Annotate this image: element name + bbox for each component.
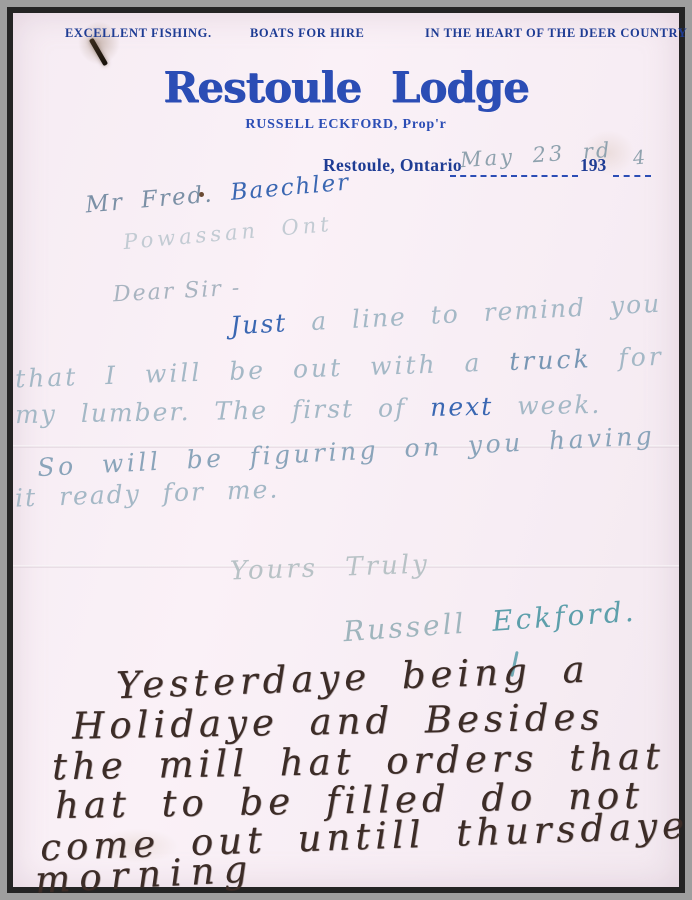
body-line-3-dark-word: next: [430, 392, 494, 422]
body-line-2-start: that I will be out with a: [15, 347, 510, 393]
tagline-excellent-fishing: EXCELLENT FISHING.: [65, 26, 212, 41]
body-line-2-end: for: [591, 342, 664, 374]
body-line-3-start: my lumber. The first of: [15, 393, 431, 429]
letter-paper: EXCELLENT FISHING. BOATS FOR HIRE IN THE…: [7, 7, 685, 893]
recipient-town-line: Powassan Ont: [122, 212, 333, 254]
recipient-name-line: Mr Fred. Baechler: [84, 169, 351, 218]
body-line-1: Just a line to remind you: [230, 289, 662, 341]
tagline-boats-for-hire: BOATS FOR HIRE: [250, 26, 364, 41]
closing-line: Yours Truly: [230, 550, 431, 587]
proprietor-line: RUSSELL ECKFORD, Prop'r: [13, 117, 679, 133]
tagline-deer-country: IN THE HEART OF THE DEER COUNTRY: [425, 26, 687, 41]
body-line-3: my lumber. The first of next week.: [15, 390, 602, 429]
recipient-prefix: Mr Fred.: [84, 180, 231, 219]
body-line-4: So will be figuring on you having: [37, 421, 656, 482]
recipient-surname: Baechler: [230, 169, 352, 205]
signature-line: Russell Eckford.: [342, 595, 637, 648]
body-line-2-dark-word: truck: [509, 344, 592, 376]
handwritten-year-digit: 4: [632, 146, 646, 169]
salutation-line: Dear Sir -: [112, 276, 241, 308]
signature-last-name: Eckford.: [491, 595, 637, 638]
signature-first-name: Russell: [342, 605, 493, 648]
scanned-letter: EXCELLENT FISHING. BOATS FOR HIRE IN THE…: [0, 0, 692, 900]
body-line-1-rest: a line to remind you: [286, 289, 661, 338]
body-line-3-end: week.: [493, 390, 602, 421]
lodge-title: Restoule Lodge: [13, 63, 679, 112]
body-line-1-dark-word: Just: [230, 308, 288, 340]
body-line-2: that I will be out with a truck for: [15, 342, 665, 394]
